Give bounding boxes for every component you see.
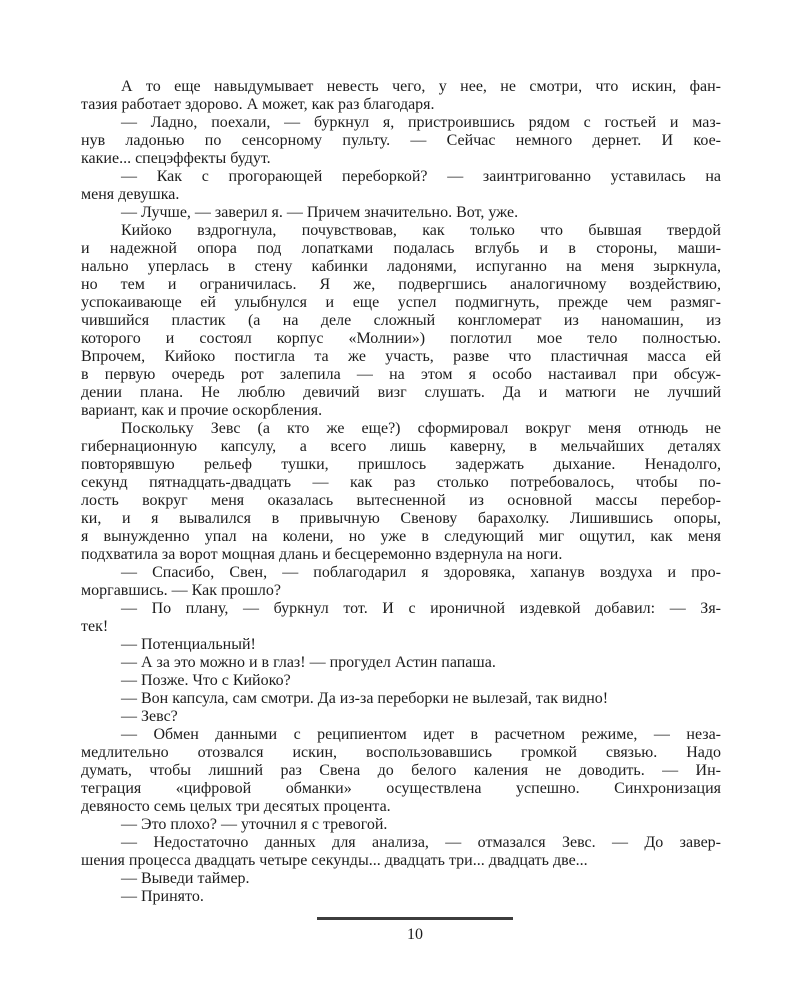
text-line: — Позже. Что с Кийоко? (81, 672, 721, 690)
text-line: ки, и я вывалился в привычную Свенову ба… (81, 510, 721, 528)
text-line: тек! (81, 618, 721, 636)
text-line: — Спасибо, Свен, — поблагодарил я здоров… (81, 564, 721, 582)
text-line: гибернационную капсулу, а всего лишь кав… (81, 438, 721, 456)
text-line: А то еще навыдумывает невесть чего, у не… (81, 78, 721, 96)
text-line: — Принято. (81, 888, 721, 906)
text-line: — Потенциальный! (81, 636, 721, 654)
text-line: — Недостаточно данных для анализа, — отм… (81, 834, 721, 852)
text-line: успокаивающе ей улыбнулся и еще успел по… (81, 294, 721, 312)
text-line: в первую очередь рот залепила — на этом … (81, 366, 721, 384)
text-line: моргавшись. — Как прошло? (81, 582, 721, 600)
text-line: — Обмен данными с реципиентом идет в рас… (81, 726, 721, 744)
text-line: Поскольку Зевс (а кто же еще?) сформиров… (81, 420, 721, 438)
text-line: медлительно отозвался искин, воспользова… (81, 744, 721, 762)
text-line: — А за это можно и в глаз! — прогудел Ас… (81, 654, 721, 672)
text-line: — Выведи таймер. (81, 870, 721, 888)
text-line: вариант, как и прочие оскорбления. (81, 402, 721, 420)
text-line: — Как с прогорающей переборкой? — заинтр… (81, 168, 721, 186)
text-line: которого и состоял корпус «Молнии») погл… (81, 330, 721, 348)
text-line: лость вокруг меня оказалась вытесненной … (81, 492, 721, 510)
page-number: 10 (317, 926, 513, 944)
text-line: Впрочем, Кийоко постигла та же участь, р… (81, 348, 721, 366)
text-line: Кийоко вздрогнула, почувствовав, как тол… (81, 222, 721, 240)
text-line: — Лучше, — заверил я. — Причем значитель… (81, 204, 721, 222)
text-line: но тем и ограничилась. Я же, подвергшись… (81, 276, 721, 294)
text-line: тазия работает здорово. А может, как раз… (81, 96, 721, 114)
book-page: А то еще навыдумывает невесть чего, у не… (0, 0, 800, 1000)
text-line: и надежной опора под лопатками подалась … (81, 240, 721, 258)
text-line: дении плана. Не люблю девичий визг слуша… (81, 384, 721, 402)
text-line: нально уперлась в стену кабинки ладонями… (81, 258, 721, 276)
text-line: — Зевс? (81, 708, 721, 726)
text-line: — По плану, — буркнул тот. И с ироничной… (81, 600, 721, 618)
text-line: чившийся пластик (а на деле сложный конг… (81, 312, 721, 330)
text-line: девяносто семь целых три десятых процент… (81, 798, 721, 816)
text-line: я вынужденно упал на колени, но уже в сл… (81, 528, 721, 546)
text-line: нув ладонью по сенсорному пульту. — Сейч… (81, 132, 721, 150)
text-line: секунд пятнадцать-двадцать — как раз сто… (81, 474, 721, 492)
text-line: повторявшую рельеф тушки, пришлось задер… (81, 456, 721, 474)
text-line: меня девушка. (81, 186, 721, 204)
text-line: думать, чтобы лишний раз Свена до белого… (81, 762, 721, 780)
page-text: А то еще навыдумывает невесть чего, у не… (81, 78, 721, 906)
text-line: теграция «цифровой обманки» осуществлена… (81, 780, 721, 798)
text-line: подхватила за ворот мощная длань и бесце… (81, 546, 721, 564)
text-line: — Это плохо? — уточнил я с тревогой. (81, 816, 721, 834)
text-line: — Вон капсула, сам смотри. Да из-за пере… (81, 690, 721, 708)
footer-rule (317, 917, 513, 920)
text-line: — Ладно, поехали, — буркнул я, пристроив… (81, 114, 721, 132)
text-line: какие... спецэффекты будут. (81, 150, 721, 168)
text-line: шения процесса двадцать четыре секунды..… (81, 852, 721, 870)
